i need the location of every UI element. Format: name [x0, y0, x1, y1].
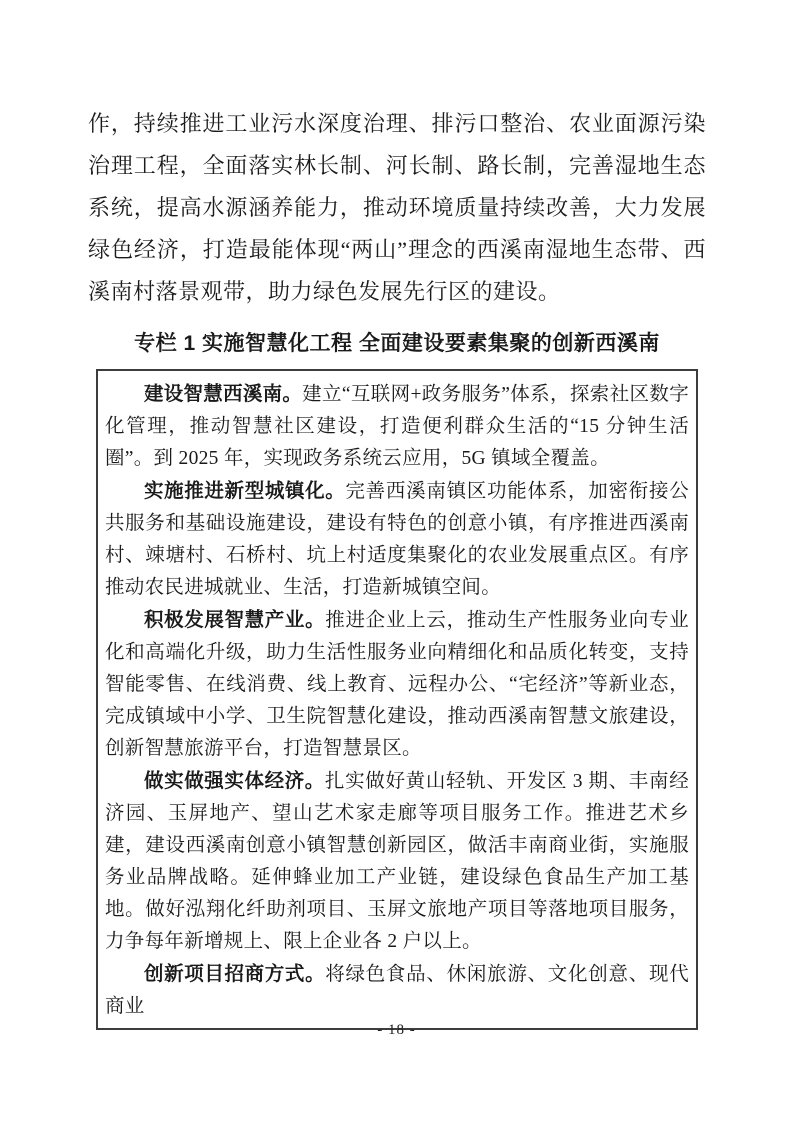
paragraph-text: 推进企业上云，推动生产性服务业向专业化和高端化升级，助力生活性服务业向精细化和品… — [105, 610, 689, 759]
intro-paragraph: 作，持续推进工业污水深度治理、排污口整治、农业面源污染治理工程，全面落实林长制、… — [88, 103, 706, 313]
paragraph-text: 扎实做好黄山轻轨、开发区 3 期、丰南经济园、玉屏地产、望山艺术家走廊等项目服务… — [105, 771, 689, 952]
box-paragraph: 创新项目招商方式。将绿色食品、休闲旅游、文化创意、现代商业 — [105, 958, 689, 1023]
box-paragraph: 实施推进新型城镇化。完善西溪南镇区功能体系，加密衔接公共服务和基础设施建设，建设… — [105, 475, 689, 604]
box-paragraph: 做实做强实体经济。扎实做好黄山轻轨、开发区 3 期、丰南经济园、玉屏地产、望山艺… — [105, 765, 689, 958]
paragraph-lead: 积极发展智慧产业。 — [144, 609, 325, 631]
box-paragraph: 建设智慧西溪南。建立“互联网+政务服务”体系，探索社区数字化管理，推动智慧社区建… — [105, 378, 689, 475]
paragraph-lead: 做实做强实体经济。 — [144, 770, 325, 792]
paragraph-lead: 建设智慧西溪南。 — [144, 383, 302, 405]
content-column: 作，持续推进工业污水深度治理、排污口整治、农业面源污染治理工程，全面落实林长制、… — [88, 0, 706, 1030]
column-box-title: 专栏 1 实施智慧化工程 全面建设要素集聚的创新西溪南 — [88, 327, 706, 357]
column-box: 建设智慧西溪南。建立“互联网+政务服务”体系，探索社区数字化管理，推动智慧社区建… — [96, 369, 698, 1030]
document-page: 作，持续推进工业污水深度治理、排污口整治、农业面源污染治理工程，全面落实林长制、… — [0, 0, 793, 1122]
paragraph-lead: 实施推进新型城镇化。 — [144, 480, 345, 502]
page-number: - 18 - — [0, 1022, 793, 1039]
paragraph-lead: 创新项目招商方式。 — [144, 963, 325, 985]
box-paragraph: 积极发展智慧产业。推进企业上云，推动生产性服务业向专业化和高端化升级，助力生活性… — [105, 604, 689, 765]
